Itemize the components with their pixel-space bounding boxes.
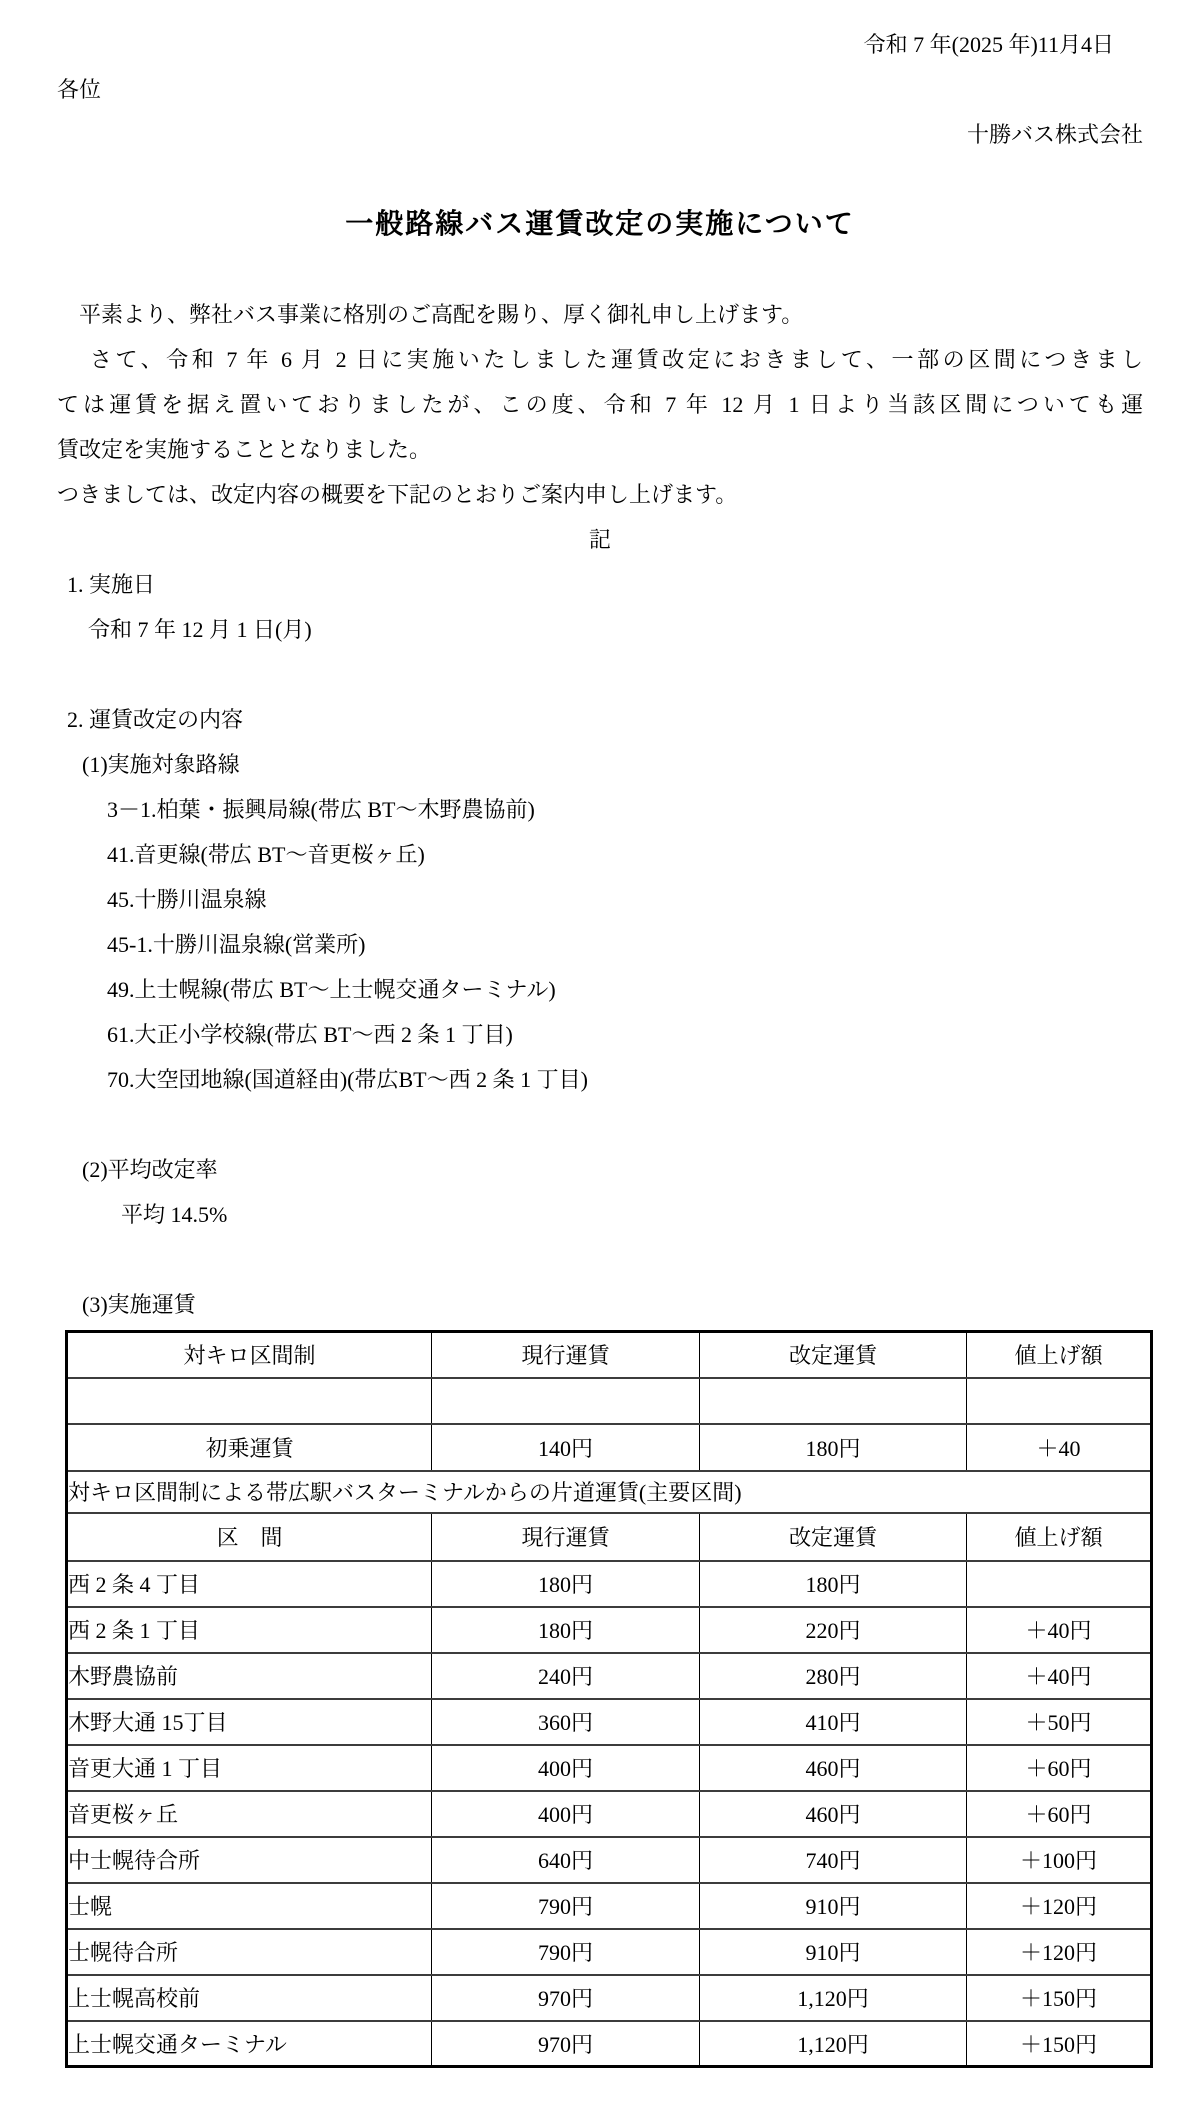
page-title: 一般路線バス運賃改定の実施について <box>57 202 1143 247</box>
header-cell-increase: 値上げ額 <box>967 1513 1152 1561</box>
base-fare-label-cell: 初乗運賃 <box>67 1424 432 1471</box>
base-fare-row: 初乗運賃 140円 180円 ＋40 <box>67 1424 1152 1471</box>
header-cell-increase: 値上げ額 <box>967 1332 1152 1378</box>
increase-cell: ＋120円 <box>967 1883 1152 1929</box>
paragraph-main-line3: 賃改定を実施することとなりました。 <box>57 427 1143 472</box>
current-fare-cell: 240円 <box>432 1653 700 1699</box>
current-fare-cell: 180円 <box>432 1561 700 1607</box>
header-cell-revised-fare: 改定運賃 <box>700 1332 967 1378</box>
section2-heading: 2. 運賃改定の内容 <box>57 697 1143 742</box>
route-item: 61.大正小学校線(帯広 BT～西 2 条 1 丁目) <box>57 1012 1143 1057</box>
current-fare-cell: 790円 <box>432 1883 700 1929</box>
table-row: 西 2 条 4 丁目 180円 180円 <box>67 1561 1152 1607</box>
spacer <box>57 1102 1143 1147</box>
station-cell: 木野農協前 <box>67 1653 432 1699</box>
paragraph-main-line2: ては運賃を据え置いておりましたが、この度、令和 7 年 12 月 1 日より当該… <box>57 382 1143 427</box>
fare-table-header-kilo: 対キロ区間制 現行運賃 改定運賃 値上げ額 <box>67 1332 1152 1378</box>
revised-fare-cell: 180円 <box>700 1424 967 1471</box>
station-cell: 中士幌待合所 <box>67 1837 432 1883</box>
station-cell: 上士幌交通ターミナル <box>67 2021 432 2067</box>
average-rate-value: 平均 14.5% <box>57 1192 1143 1237</box>
current-fare-cell: 790円 <box>432 1929 700 1975</box>
station-cell: 西 2 条 1 丁目 <box>67 1607 432 1653</box>
increase-cell: ＋60円 <box>967 1745 1152 1791</box>
empty-cell <box>700 1378 967 1424</box>
current-fare-cell: 360円 <box>432 1699 700 1745</box>
company-name: 十勝バス株式会社 <box>57 112 1143 157</box>
spacer <box>57 157 1143 202</box>
increase-cell: ＋40円 <box>967 1607 1152 1653</box>
increase-cell: ＋60円 <box>967 1791 1152 1837</box>
table-row: 音更桜ヶ丘 400円 460円 ＋60円 <box>67 1791 1152 1837</box>
header-cell-current-fare: 現行運賃 <box>432 1332 700 1378</box>
empty-row <box>67 1378 1152 1424</box>
revised-fare-cell: 1,120円 <box>700 1975 967 2021</box>
section1-heading: 1. 実施日 <box>57 562 1143 607</box>
route-item: 45-1.十勝川温泉線(営業所) <box>57 922 1143 967</box>
increase-cell <box>967 1561 1152 1607</box>
paragraph-main-line1: さて、令和 7 年 6 月 2 日に実施いたしました運賃改定におきまして、一部の… <box>57 337 1143 382</box>
increase-cell: ＋40 <box>967 1424 1152 1471</box>
route-item: 3－1.柏葉・振興局線(帯広 BT～木野農協前) <box>57 787 1143 832</box>
empty-cell <box>67 1378 432 1424</box>
paragraph-closing: つきましては、改定内容の概要を下記のとおりご案内申し上げます。 <box>57 472 1143 517</box>
station-cell: 上士幌高校前 <box>67 1975 432 2021</box>
current-fare-cell: 970円 <box>432 2021 700 2067</box>
table-row: 木野農協前 240円 280円 ＋40円 <box>67 1653 1152 1699</box>
one-way-fare-note-row: 対キロ区間制による帯広駅バスターミナルからの片道運賃(主要区間) <box>67 1471 1152 1513</box>
current-fare-cell: 180円 <box>432 1607 700 1653</box>
spacer <box>57 247 1143 292</box>
station-cell: 音更大通 1 丁目 <box>67 1745 432 1791</box>
table-row: 士幌待合所 790円 910円 ＋120円 <box>67 1929 1152 1975</box>
ki-mark: 記 <box>57 517 1143 562</box>
empty-cell <box>432 1378 700 1424</box>
revised-fare-cell: 410円 <box>700 1699 967 1745</box>
increase-cell: ＋120円 <box>967 1929 1152 1975</box>
station-cell: 木野大通 15丁目 <box>67 1699 432 1745</box>
route-item: 41.音更線(帯広 BT～音更桜ヶ丘) <box>57 832 1143 877</box>
table-row: 木野大通 15丁目 360円 410円 ＋50円 <box>67 1699 1152 1745</box>
increase-cell: ＋150円 <box>967 1975 1152 2021</box>
header-cell-section: 区 間 <box>67 1513 432 1561</box>
current-fare-cell: 140円 <box>432 1424 700 1471</box>
header-cell-current-fare: 現行運賃 <box>432 1513 700 1561</box>
header-cell-kilo-system: 対キロ区間制 <box>67 1332 432 1378</box>
station-cell: 音更桜ヶ丘 <box>67 1791 432 1837</box>
spacer <box>57 1237 1143 1282</box>
increase-cell: ＋40円 <box>967 1653 1152 1699</box>
revised-fare-cell: 910円 <box>700 1883 967 1929</box>
one-way-fare-note: 対キロ区間制による帯広駅バスターミナルからの片道運賃(主要区間) <box>67 1471 1152 1513</box>
empty-cell <box>967 1378 1152 1424</box>
section2-2-heading: (2)平均改定率 <box>57 1147 1143 1192</box>
spacer <box>57 652 1143 697</box>
revised-fare-cell: 280円 <box>700 1653 967 1699</box>
table-row: 西 2 条 1 丁目 180円 220円 ＋40円 <box>67 1607 1152 1653</box>
station-cell: 士幌待合所 <box>67 1929 432 1975</box>
section2-1-heading: (1)実施対象路線 <box>57 742 1143 787</box>
increase-cell: ＋50円 <box>967 1699 1152 1745</box>
section1-date: 令和 7 年 12 月 1 日(月) <box>57 607 1143 652</box>
table-row: 音更大通 1 丁目 400円 460円 ＋60円 <box>67 1745 1152 1791</box>
route-item: 49.上士幌線(帯広 BT～上士幌交通ターミナル) <box>57 967 1143 1012</box>
document-page: 令和 7 年(2025 年)11月4日 各位 十勝バス株式会社 一般路線バス運賃… <box>0 0 1200 2119</box>
revised-fare-cell: 910円 <box>700 1929 967 1975</box>
revised-fare-cell: 460円 <box>700 1745 967 1791</box>
current-fare-cell: 970円 <box>432 1975 700 2021</box>
route-item: 45.十勝川温泉線 <box>57 877 1143 922</box>
revised-fare-cell: 740円 <box>700 1837 967 1883</box>
revised-fare-cell: 460円 <box>700 1791 967 1837</box>
current-fare-cell: 400円 <box>432 1745 700 1791</box>
section2-3-heading: (3)実施運賃 <box>57 1282 1143 1327</box>
revised-fare-cell: 180円 <box>700 1561 967 1607</box>
paragraph-greeting: 平素より、弊社バス事業に格別のご高配を賜り、厚く御礼申し上げます。 <box>57 292 1143 337</box>
document-date: 令和 7 年(2025 年)11月4日 <box>57 22 1143 67</box>
route-item: 70.大空団地線(国道経由)(帯広BT～西 2 条 1 丁目) <box>57 1057 1143 1102</box>
recipient: 各位 <box>57 67 1143 112</box>
table-row: 士幌 790円 910円 ＋120円 <box>67 1883 1152 1929</box>
table-row: 上士幌高校前 970円 1,120円 ＋150円 <box>67 1975 1152 2021</box>
fare-table: 対キロ区間制 現行運賃 改定運賃 値上げ額 初乗運賃 140円 180円 ＋40… <box>65 1330 1153 2068</box>
current-fare-cell: 400円 <box>432 1791 700 1837</box>
revised-fare-cell: 220円 <box>700 1607 967 1653</box>
revised-fare-cell: 1,120円 <box>700 2021 967 2067</box>
header-cell-revised-fare: 改定運賃 <box>700 1513 967 1561</box>
increase-cell: ＋100円 <box>967 1837 1152 1883</box>
station-cell: 士幌 <box>67 1883 432 1929</box>
increase-cell: ＋150円 <box>967 2021 1152 2067</box>
table-row: 上士幌交通ターミナル 970円 1,120円 ＋150円 <box>67 2021 1152 2067</box>
fare-table-header-section: 区 間 現行運賃 改定運賃 値上げ額 <box>67 1513 1152 1561</box>
table-row: 中士幌待合所 640円 740円 ＋100円 <box>67 1837 1152 1883</box>
station-cell: 西 2 条 4 丁目 <box>67 1561 432 1607</box>
current-fare-cell: 640円 <box>432 1837 700 1883</box>
